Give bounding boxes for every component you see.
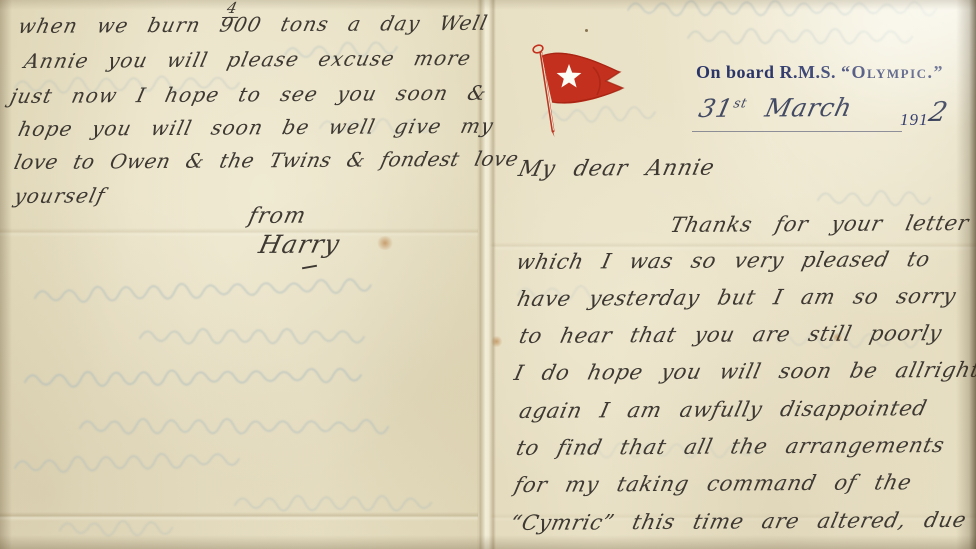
handwriting-line: I do hope you will soon be allright [512,358,976,385]
salutation-line: My dear Annie [516,156,717,183]
handwriting-line: for my taking command of the [512,470,914,497]
handwriting-line: have yesterday but I am so sorry [515,284,959,311]
handwriting-line: which I was so very pleased to [514,247,933,274]
white-star-line-flag-icon [505,27,640,139]
handwriting-line: Annie you will please excuse more [22,47,474,73]
date-month: March [762,93,855,123]
handwriting-line: “Cymric” this time are altered, due [508,508,969,535]
handwriting-line: Thanks for your letter [668,211,971,237]
handwriting-line: just now I hope to see you soon & [8,82,489,108]
letter-page-left: 4 when we burn 900 tons a day Well Annie… [0,0,478,549]
letter-photo: 4 when we burn 900 tons a day Well Annie… [0,0,976,549]
date-day: 31 [696,94,736,123]
handwriting-line: yourself [12,184,108,208]
letterhead-prefix: On board R.M.S. [696,62,836,82]
year-printed: 191 [900,110,929,130]
handwriting-line: hope you will soon be well give my [16,115,496,141]
handwriting-line: to hear that you are still poorly [517,321,944,348]
closing-from: from [246,204,309,230]
date-ordinal: st [732,96,749,111]
handwriting-line: again I am awfully disappointed [517,396,930,423]
date-underline [692,131,902,132]
handwriting-line: love to Owen & the Twins & fondest love [12,147,521,174]
handwriting-line: to find that all the arrangements [514,433,947,460]
letter-page-right: On board R.M.S. “Olympic.” 31st March 19… [488,0,976,549]
signature-name: Harry [256,230,343,259]
letterhead-title: On board R.M.S. “Olympic.” [696,62,936,83]
letterhead-ship-name: “Olympic.” [841,62,944,82]
foxing-stain [376,236,394,250]
date-line: 31st March [696,94,855,124]
handwriting-line: when we burn 900 tons a day Well [16,12,490,38]
